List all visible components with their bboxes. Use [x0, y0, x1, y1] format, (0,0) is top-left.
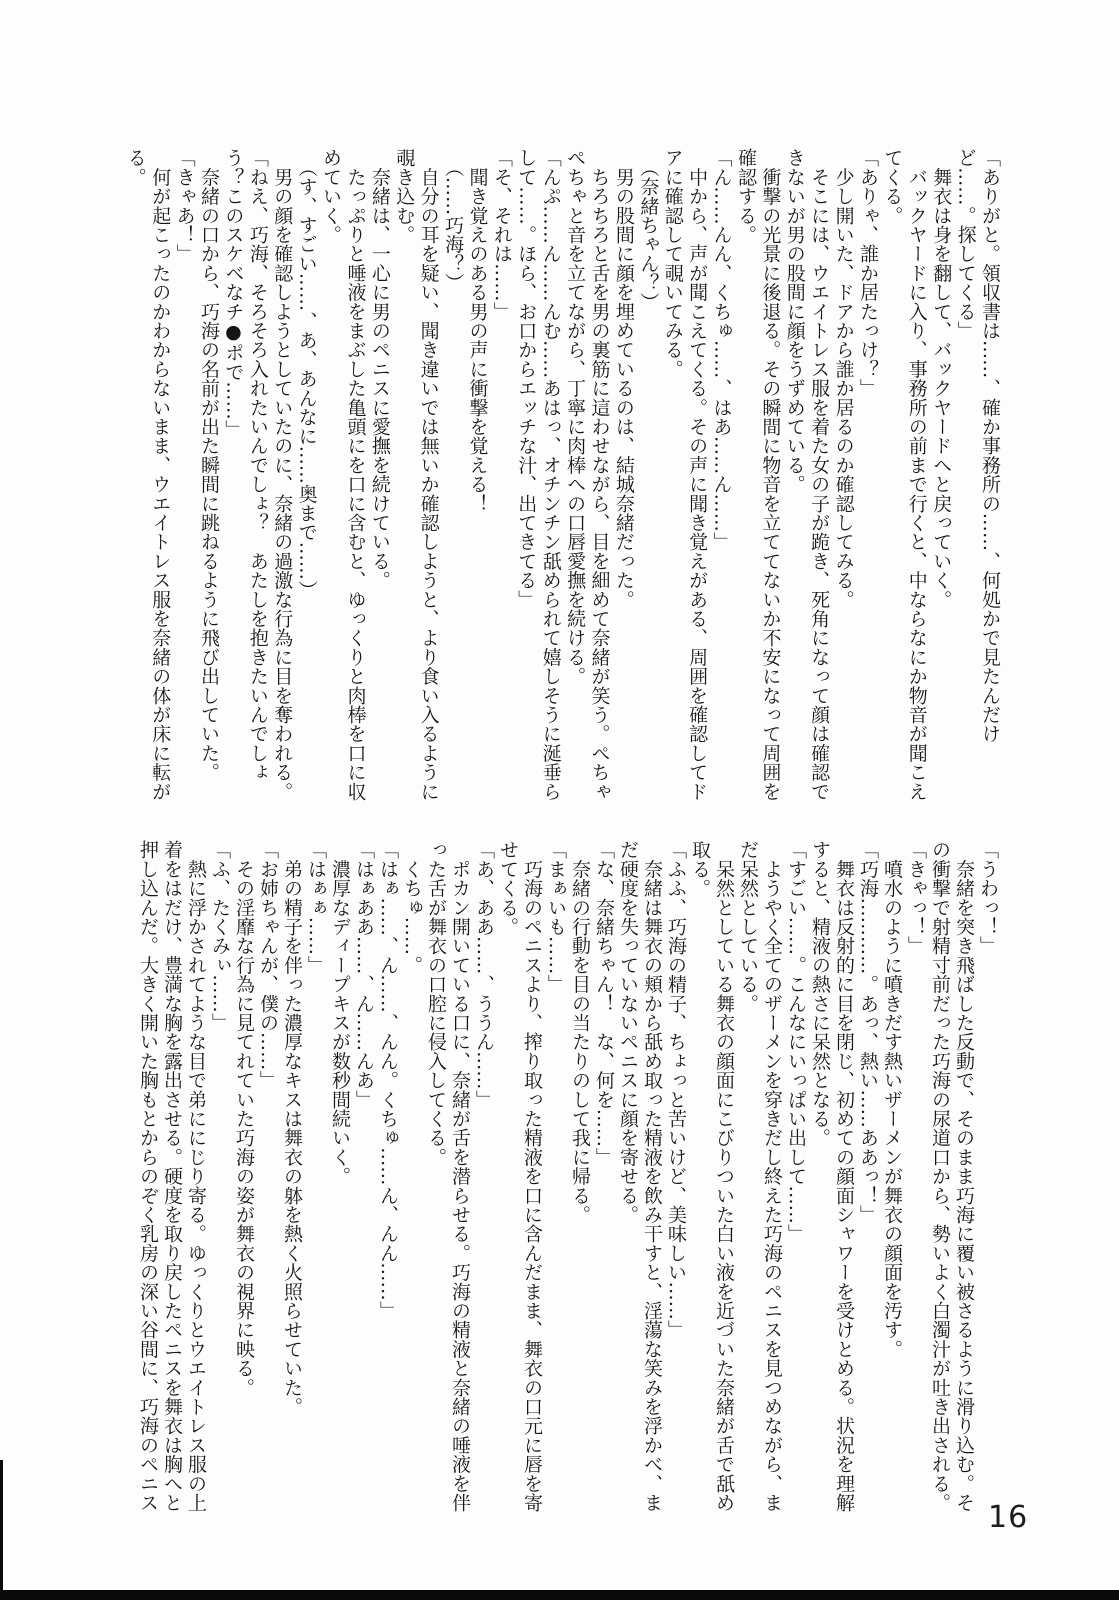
paragraph: 「な、奈緒ちゃん！ な、何を……」 [592, 840, 616, 1526]
paragraph: 「まぁいも……」 [544, 840, 568, 1526]
paragraph: 「はぁ……、ん……、んん。くちゅ……ん、んん……」 [376, 840, 400, 1526]
paragraph: たっぷりと唾液をまぶした亀頭にを口に含むと、ゆっくりと肉棒を口に収めていく。 [319, 148, 368, 812]
paragraph: 「ふふ、巧海の精子、ちょっと苦いけど、美味しい……」 [664, 840, 688, 1526]
scan-edge-bottom [0, 1590, 1119, 1600]
paragraph: 衝撃の光景に後退る。その瞬間に物音を立ててないか不安になって周囲を確認する。 [734, 148, 783, 812]
paragraph: 呆然としている舞衣の顔面にこびりついた白い液を近づいた奈緒が舌で舐め取る。 [688, 840, 736, 1526]
paragraph: 奈緒の行動を目の当たりのして我に帰る。 [568, 840, 592, 1526]
paragraph: 奈緒は、一心に男のペニスに愛撫を続けている。 [367, 148, 391, 812]
paragraph: ちろちろと舌を男の裏筋に這わせながら、目を細めて奈緒が笑う。ぺちゃぺちゃと音を立… [563, 148, 612, 812]
paragraph: ポカン開いている口に、奈緒が舌を潜らせる。巧海の精液と奈緒の唾液を伴った舌が舞衣… [424, 840, 472, 1526]
paragraph: 奈緒は舞衣の頬から舐め取った精液を飲み干すと、淫蕩な笑みを浮かべ、まだ硬度を失っ… [616, 840, 664, 1526]
paragraph: その淫靡な行為に見てれていた巧海の姿が舞衣の視界に映る。 [232, 840, 256, 1526]
paragraph: 「あ、ああ……、ううん……」 [472, 840, 496, 1526]
paragraph: 「はぁああ……、ん……んあ」 [352, 840, 376, 1526]
paragraph: 「はぁぁ……」 [304, 840, 328, 1526]
scan-edge-left [0, 1460, 3, 1600]
paragraph: 弟の精子を伴った濃厚なキスは舞衣の躰を熱く火照らせていた。 [280, 840, 304, 1526]
paragraph: 舞衣は反射的に目を閉じ、初めての顔面シャワーを受けとめる。状況を理解すると、精液… [808, 840, 856, 1526]
paragraph: 男の顔を確認しようとしていたのに、奈緒の過激な行為に目を奪われる。 [270, 148, 294, 812]
paragraph: 熱に浮かされてような目で弟ににじり寄る。ゆっくりとウエイトレス服の上着をはだけ、… [136, 840, 208, 1526]
paragraph: 「すごい……。こんなにいっぱい出して……」 [784, 840, 808, 1526]
paragraph: 「ありゃ、誰か居たっけ？」 [856, 148, 880, 812]
paragraph: 「お姉ちゃんが、僕の……」 [256, 840, 280, 1526]
paragraph: そこには、ウエイトレス服を着た女の子が跪き、死角になって顔は確認できないが男の股… [782, 148, 831, 812]
paragraph: 「ふ、たくみぃ……」 [208, 840, 232, 1526]
paragraph: 「巧海…………。あっ、熱い……ああっ！」 [856, 840, 880, 1526]
paragraph: 「きゃっ！」 [904, 840, 928, 1526]
paragraph: 何が起こったのかわからないまま、ウエイトレス服を奈緒の体が床に転がる。 [123, 148, 172, 812]
paragraph: 「うわっ！」 [976, 840, 1000, 1526]
paragraph: （す、すごい……、あ、あんなに……奥まで……） [294, 148, 318, 812]
paragraph: ようやく全てのザーメンを穿きだし終えた巧海のペニスを見つめながら、まだ呆然として… [736, 840, 784, 1526]
paragraph: くちゅ……。 [400, 840, 424, 1526]
paragraph: 奈緒の口から、巧海の名前が出た瞬間に跳ねるように飛び出していた。 [197, 148, 221, 812]
paragraph: 男の股間に顔を埋めているのは、結城奈緒だった。 [612, 148, 636, 812]
paragraph: 「んぷ……ん……んむ……あはっ、オチンチン舐められて嬉しそうに涎垂らして……。ほ… [514, 148, 563, 812]
paragraph: バックヤードに入り、事務所の前まで行くと、中ならなにか物音が聞こえてくる。 [880, 148, 929, 812]
page-number: 16 [988, 1500, 1028, 1535]
paragraph: 聞き覚えのある男の声に衝撃を覚える！ [465, 148, 489, 812]
paragraph: 「そ、それは……」 [489, 148, 513, 812]
paragraph: （……巧海？） [441, 148, 465, 812]
paragraph: 奈緒を突き飛ばした反動で、そのまま巧海に覆い被さるように滑り込む。その衝撃で射精… [928, 840, 976, 1526]
paragraph: （奈緒ちゃん？） [636, 148, 660, 812]
paragraph: 「きゃあ！」 [172, 148, 196, 812]
paragraph: 「ねえ、巧海、そろそろ入れたいんでしょ？ あたしを抱きたいんでしょう？このスケベ… [221, 148, 270, 812]
paragraph: 「ありがと。領収書は……、確か事務所の……、何処かで見たんだけど……。探してくる… [953, 148, 1002, 812]
paragraph: 舞衣は身を翻して、バックヤードへと戻っていく。 [929, 148, 953, 812]
paragraph: 濃厚なディープキスが数秒間続いく。 [328, 840, 352, 1526]
paragraph: 自分の耳を疑い、聞き違いでは無いか確認しようと、より食い入るように覗き込む。 [392, 148, 441, 812]
text-block-top: 「ありがと。領収書は……、確か事務所の……、何処かで見たんだけど……。探してくる… [112, 148, 1002, 812]
text-block-bottom: 「うわっ！」 奈緒を突き飛ばした反動で、そのまま巧海に覆い被さるように滑り込む。… [105, 840, 1000, 1526]
paragraph: 少し開いた、ドアから誰か居るのか確認してみる。 [831, 148, 855, 812]
paragraph: 噴水のように噴きだす熱いザーメンが舞衣の顔面を汚す。 [880, 840, 904, 1526]
novel-scan-page: 「ありがと。領収書は……、確か事務所の……、何処かで見たんだけど……。探してくる… [0, 0, 1119, 1600]
paragraph: 「ん……んん、くちゅ……、はあ……ん……」 [709, 148, 733, 812]
paragraph: 巧海のペニスより、搾り取った精液を口に含んだまま、舞衣の口元に唇を寄せてくる。 [496, 840, 544, 1526]
paragraph: 中から、声が聞こえてくる。その声に聞き覚えがある、周囲を確認してドアに確認して覗… [660, 148, 709, 812]
